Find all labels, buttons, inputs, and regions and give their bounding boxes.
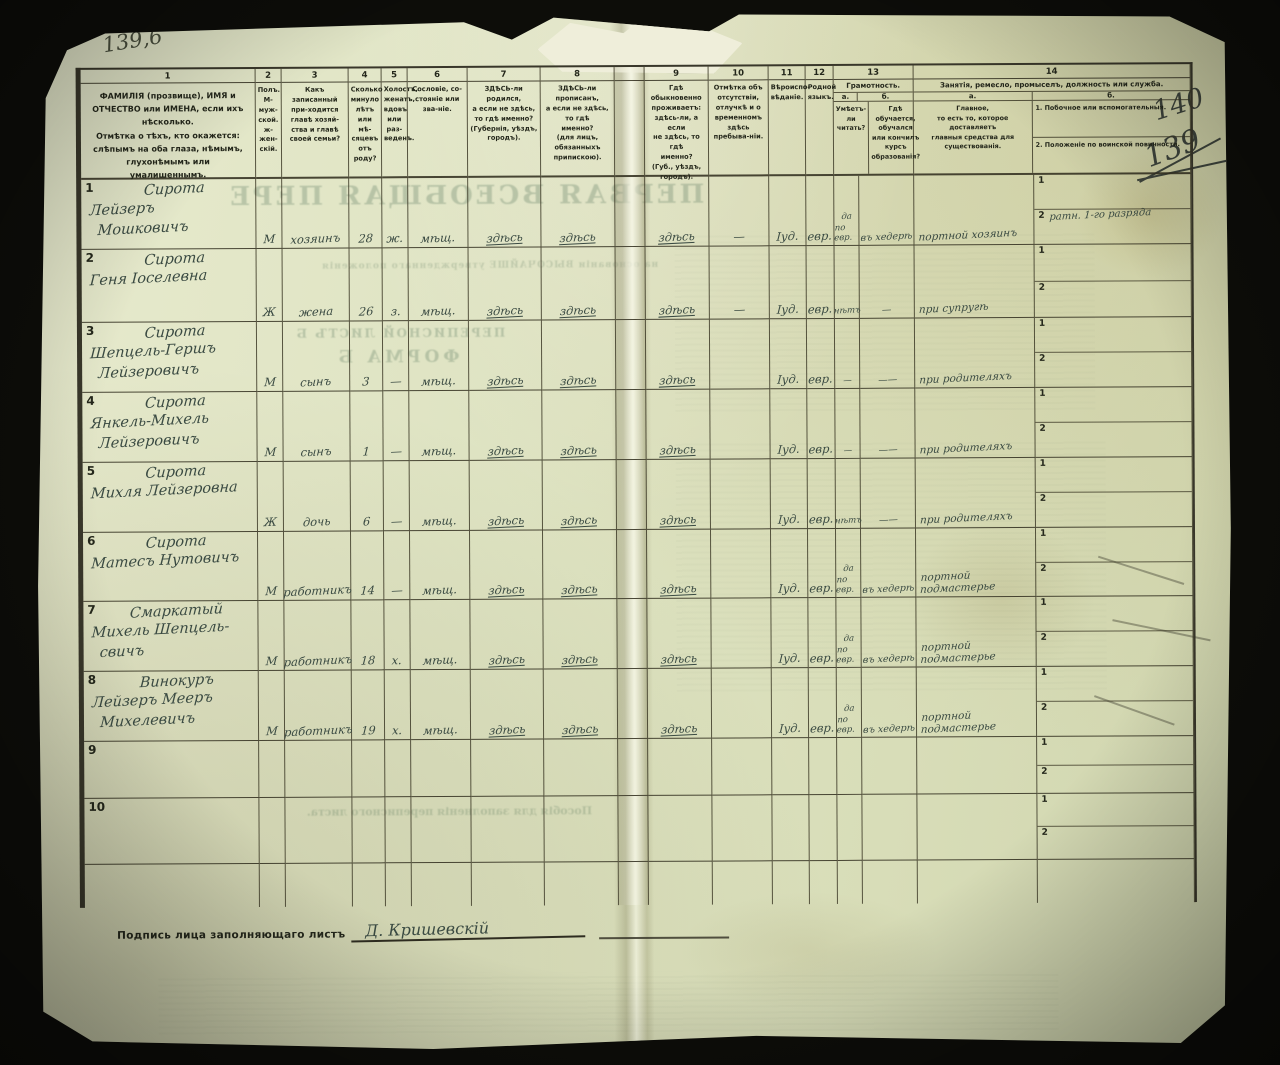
occupation-a-text: Главное, то есть то, которое доставляетъ… xyxy=(914,101,1033,174)
estate-value: мѣщ. xyxy=(421,303,457,319)
signature-label: Подпись лица заполняющаго листъ xyxy=(117,929,345,942)
language-cell: евр. xyxy=(808,529,836,598)
occupation-main-cell xyxy=(917,794,1037,861)
marital-value: — xyxy=(390,374,402,389)
relation-cell xyxy=(285,740,352,797)
name-line: Михелевичъ xyxy=(100,708,255,732)
language-cell: евр. xyxy=(808,459,836,529)
col-number-4: 4 xyxy=(349,68,382,82)
relation-cell: жена xyxy=(283,248,350,321)
sex-value: М xyxy=(265,584,278,599)
occupation-main-value: портной хозяинъ xyxy=(918,227,1017,244)
school-cell xyxy=(862,738,917,795)
printed-label-1: 1 xyxy=(1040,598,1046,608)
school-cell: —— xyxy=(860,319,915,389)
absence-cell xyxy=(710,389,770,459)
header-occupation-group: Занятія, ремесло, промыселъ, должность и… xyxy=(914,78,1191,175)
residence-cell: здѣсь xyxy=(646,390,710,460)
absence-cell xyxy=(711,598,771,668)
reads-cell: да по евр. xyxy=(834,176,859,246)
row-number: 7 xyxy=(87,603,95,617)
reads-value: да xyxy=(843,634,854,645)
relation-value: жена xyxy=(298,304,333,320)
religion-cell: Іуд. xyxy=(771,459,808,529)
school-cell: въ хедерѣ xyxy=(861,529,916,598)
signature-underline xyxy=(599,927,729,940)
printed-label-1: 1 xyxy=(1038,176,1044,186)
relation-value: хозяинъ xyxy=(290,230,341,246)
printed-label-2: 2 xyxy=(1039,424,1045,434)
col-number-8: 8 xyxy=(541,67,615,81)
school-cell: въ хедерѣ xyxy=(861,598,916,668)
language-cell xyxy=(809,738,837,795)
occupation-side-cell: 1 2 xyxy=(1037,736,1194,794)
age-cell: 28 xyxy=(349,178,382,248)
birthplace-cell: здѣсь xyxy=(471,669,544,739)
reads-cell: да по евр. xyxy=(836,598,861,668)
sex-value: М xyxy=(265,654,278,669)
occupation-side-cell: 1 2 xyxy=(1036,596,1193,667)
reads-value-2: по евр. xyxy=(836,714,861,736)
sex-cell: М xyxy=(258,532,284,601)
registration-value: здѣсь xyxy=(561,581,598,597)
school-cell: въ хедерѣ xyxy=(862,668,917,738)
language-value: евр. xyxy=(810,720,835,735)
occupation-main-cell: портной подмастерье xyxy=(916,528,1036,598)
birthplace-value: здѣсь xyxy=(486,230,523,246)
estate-value: мѣщ. xyxy=(422,652,458,668)
stub-cell xyxy=(85,864,260,908)
printed-label-1: 1 xyxy=(1039,319,1045,329)
reads-value: да xyxy=(843,704,854,715)
row-name-cell: 9 xyxy=(84,741,259,799)
stub-cell xyxy=(286,863,353,906)
age-value: 19 xyxy=(360,723,375,738)
relation-value: дочь xyxy=(303,514,331,529)
birthplace-cell: здѣсь xyxy=(469,247,542,320)
header-literacy-group: Грамотность. а. б. Умѣетъ-ли читать? Гдѣ… xyxy=(834,80,915,176)
absence-cell xyxy=(712,668,772,738)
name-line xyxy=(100,740,254,748)
printed-label-2: 2 xyxy=(1039,354,1045,364)
header-registration-column: ЗДѢСЬ-ли прописанъ, а если не здѣсь, то … xyxy=(541,81,616,177)
name-line: Мошковичъ xyxy=(97,216,252,240)
row-number: 6 xyxy=(87,534,95,548)
stub-cell xyxy=(918,860,1038,904)
birthplace-cell xyxy=(471,739,544,796)
language-cell: евр. xyxy=(808,598,836,668)
side-half-2: 2 xyxy=(1035,422,1191,457)
marital-value: ж. xyxy=(386,231,404,246)
reads-value-2: по евр. xyxy=(836,644,861,666)
census-table: 1 2 3 4 5 6 7 8 9 10 11 12 13 14 ФАМИЛІЯ… xyxy=(76,62,1197,908)
printed-label-2: 2 xyxy=(1041,633,1047,643)
religion-cell xyxy=(772,795,809,861)
occupation-b2-text: 2. Положеніе по воинской повинности. xyxy=(1033,137,1191,173)
side-value-2: ратн. 1-го разряда xyxy=(1049,207,1151,223)
reads-value-2: по евр. xyxy=(834,222,859,244)
religion-cell: Іуд. xyxy=(770,389,807,459)
age-cell: 19 xyxy=(352,670,385,740)
estate-cell: мѣщ. xyxy=(410,461,470,531)
residence-value: здѣсь xyxy=(659,442,696,458)
age-value: 28 xyxy=(358,231,373,246)
marital-cell: х. xyxy=(385,670,411,740)
occupation-side-cell: 1 2 xyxy=(1037,793,1194,860)
registration-cell: здѣсь xyxy=(543,530,617,599)
fold-gap xyxy=(617,460,647,530)
residence-cell: здѣсь xyxy=(647,460,711,530)
fold-gap xyxy=(617,530,647,599)
col-number-6: 6 xyxy=(408,68,468,82)
language-cell: евр. xyxy=(807,389,835,459)
col-number-9: 9 xyxy=(645,67,709,81)
col-number-1: 1 xyxy=(81,69,256,84)
fold-gap xyxy=(615,177,645,247)
header-birthplace-column: ЗДѢСЬ-ли родился, а если не здѣсь, то гд… xyxy=(468,81,542,177)
col-number-11: 11 xyxy=(769,66,806,80)
registration-value: здѣсь xyxy=(559,229,596,245)
age-cell xyxy=(352,797,385,863)
sex-value: Ж xyxy=(264,515,278,530)
sex-cell: Ж xyxy=(257,249,283,322)
side-half-1: 1 xyxy=(1036,596,1192,632)
marital-cell: — xyxy=(384,531,410,600)
row-name-cell: 7 Смаркатый Михель Шепцель- свичъ xyxy=(83,601,258,672)
row-name-cell: 1 Сирота Лейзеръ Мошковичъ xyxy=(81,179,256,250)
row-name-cell: 8 Винокуръ Лейзеръ Мееръ Михелевичъ xyxy=(84,671,259,742)
birthplace-value: здѣсь xyxy=(487,443,524,459)
row-number: 1 xyxy=(85,181,93,195)
age-value: 26 xyxy=(358,304,373,319)
stub-cell xyxy=(386,863,412,906)
reads-value: да xyxy=(841,212,852,223)
marital-cell: х. xyxy=(384,600,410,670)
signature-row: Подпись лица заполняющаго листъ Д. Крише… xyxy=(117,918,729,942)
religion-cell: Іуд. xyxy=(770,246,807,319)
name-line xyxy=(100,797,254,805)
estate-cell: мѣщ. xyxy=(409,248,469,321)
birthplace-cell: здѣсь xyxy=(470,530,543,599)
header-relation-column: Какъ записанный при-ходится главѣ хозяй-… xyxy=(282,82,350,178)
sex-cell: М xyxy=(258,601,284,671)
col-number-2: 2 xyxy=(256,69,282,83)
religion-cell: Іуд. xyxy=(772,668,809,738)
sex-value: М xyxy=(265,724,278,739)
sex-value: М xyxy=(263,232,276,247)
absence-value: — xyxy=(733,302,745,317)
stub-cell xyxy=(863,861,918,904)
occupation-b-text: 1. Побочное или вспомогательныя. 2. Поло… xyxy=(1032,100,1190,173)
bleedthrough-smudge xyxy=(158,970,1058,1035)
reads-cell xyxy=(837,795,862,861)
reads-cell: да по евр. xyxy=(836,529,861,598)
language-value: евр. xyxy=(809,511,834,526)
fold-gap xyxy=(616,390,646,460)
birthplace-cell: здѣсь xyxy=(470,599,543,669)
stub-cell xyxy=(773,861,810,904)
reads-cell: нѣтъ xyxy=(836,459,861,529)
religion-value: Іуд. xyxy=(776,302,799,317)
sex-cell: М xyxy=(259,671,285,741)
registration-value: здѣсь xyxy=(560,372,597,388)
residence-cell xyxy=(648,796,712,862)
printed-label-2: 2 xyxy=(1040,494,1046,504)
birthplace-value: здѣсь xyxy=(488,722,525,738)
relation-cell: сынъ xyxy=(283,321,350,391)
side-half-2: 2 xyxy=(1036,562,1192,596)
literacy-a-label: а. xyxy=(834,93,859,101)
relation-value: сынъ xyxy=(301,444,333,460)
estate-value: мѣщ. xyxy=(420,230,456,246)
marital-cell: — xyxy=(384,461,410,531)
stub-cell xyxy=(472,862,545,905)
language-cell: евр. xyxy=(807,246,835,319)
absence-cell xyxy=(712,795,772,861)
side-half-2: 2 xyxy=(1038,826,1194,859)
occupation-main-cell: портной хозяинъ xyxy=(914,175,1034,246)
relation-cell: работникъ xyxy=(285,670,352,740)
marital-cell: з. xyxy=(383,248,409,321)
age-value: 6 xyxy=(363,514,371,528)
occupation-b1-text: 1. Побочное или вспомогательныя. xyxy=(1032,100,1190,137)
reads-cell: да по евр. xyxy=(837,668,862,738)
estate-cell: мѣщ. xyxy=(410,531,470,600)
side-half-2: 2 xyxy=(1037,701,1193,736)
reads-value: нѣтъ xyxy=(834,515,861,527)
row-number: 5 xyxy=(87,464,95,478)
occupation-main-value: при родителяхъ xyxy=(919,440,1012,457)
registration-cell: здѣсь xyxy=(544,669,618,739)
birthplace-value: здѣсь xyxy=(486,303,523,319)
row-number: 2 xyxy=(86,251,94,265)
registration-value: здѣсь xyxy=(561,512,598,528)
sex-value: М xyxy=(263,375,276,390)
age-value: 3 xyxy=(362,374,370,388)
occupation-side-cell: 1 2 ратн. 1-го разряда xyxy=(1034,174,1191,245)
stub-cell xyxy=(260,864,286,907)
col-number-3: 3 xyxy=(282,68,349,82)
language-value: евр. xyxy=(809,580,834,595)
stub-cell xyxy=(1038,859,1195,903)
age-cell: 18 xyxy=(351,600,384,670)
religion-value: Іуд. xyxy=(778,651,801,666)
birthplace-value: здѣсь xyxy=(487,373,524,389)
name-line: Лейзеровичъ xyxy=(98,429,253,453)
col-number-13: 13 xyxy=(834,66,914,80)
reads-cell: нѣтъ xyxy=(835,246,860,319)
printed-label-2: 2 xyxy=(1038,211,1044,221)
side-half-1: 1 xyxy=(1036,527,1192,562)
fold-gap xyxy=(618,669,648,739)
name-line xyxy=(100,744,254,752)
absence-cell xyxy=(712,738,772,795)
registration-value: здѣсь xyxy=(560,302,597,318)
side-half-1: 1 xyxy=(1035,387,1191,423)
col-number-12: 12 xyxy=(806,66,834,80)
printed-label-2: 2 xyxy=(1041,703,1047,713)
registration-cell: здѣсь xyxy=(541,177,615,247)
name-line: Лейзеровичъ xyxy=(98,359,253,383)
residence-value: здѣсь xyxy=(659,372,696,388)
occupation-main-cell: при родителяхъ xyxy=(915,318,1035,389)
header-estate-column: Сословіе, со-стояніе или зва-ніе. xyxy=(408,82,469,178)
header-marital-column: Холостъ, женатъ, вдовъ или раз-веденъ. xyxy=(382,82,409,178)
marital-cell: — xyxy=(383,391,409,461)
reads-value: да xyxy=(843,564,854,575)
residence-cell: здѣсь xyxy=(646,247,710,320)
residence-value: здѣсь xyxy=(659,302,696,318)
estate-value: мѣщ. xyxy=(421,443,457,459)
estate-cell: мѣщ. xyxy=(410,600,470,670)
occupation-main-value: при родителяхъ xyxy=(919,370,1012,387)
col-number-7: 7 xyxy=(468,67,541,81)
school-value: — xyxy=(882,304,892,316)
age-value: 18 xyxy=(360,653,375,668)
printed-label-2: 2 xyxy=(1039,282,1045,292)
marital-value: х. xyxy=(392,653,403,668)
stub-cell xyxy=(649,862,713,905)
absence-cell xyxy=(710,319,770,389)
registration-value: здѣсь xyxy=(560,442,597,458)
side-half-1: 1 xyxy=(1036,457,1192,493)
fold-gap xyxy=(618,796,648,862)
estate-value: мѣщ. xyxy=(423,722,459,738)
sex-cell: Ж xyxy=(258,462,284,532)
printed-label-1: 1 xyxy=(1039,246,1045,256)
language-value: евр. xyxy=(808,371,833,386)
relation-cell: работникъ xyxy=(284,600,351,670)
reads-cell xyxy=(837,738,862,795)
header-sex-column: Полъ. М-муж-ской. ж-жен-скій. xyxy=(256,83,283,179)
age-cell: 3 xyxy=(350,321,383,391)
occupation-side-cell: 1 2 xyxy=(1035,244,1192,318)
header-language-column: Родной языкъ. xyxy=(806,80,835,176)
row-number: 10 xyxy=(88,800,105,814)
age-value: 1 xyxy=(363,444,371,458)
residence-value: здѣсь xyxy=(660,581,697,597)
age-value: 14 xyxy=(360,583,375,598)
side-half-1: 1 xyxy=(1035,244,1191,281)
estate-value: мѣщ. xyxy=(422,513,458,529)
school-value: —— xyxy=(877,374,897,386)
language-value: евр. xyxy=(808,441,833,456)
paper-stain xyxy=(678,890,939,1011)
religion-cell: Іуд. xyxy=(771,598,808,668)
residence-value: здѣсь xyxy=(660,512,697,528)
registration-cell: здѣсь xyxy=(543,599,617,669)
reads-cell: — xyxy=(835,319,860,389)
birthplace-cell: здѣсь xyxy=(469,390,542,460)
stub-cell xyxy=(412,863,472,906)
absence-value: — xyxy=(733,229,745,244)
printed-label-2: 2 xyxy=(1042,828,1048,838)
religion-value: Іуд. xyxy=(777,512,800,527)
row-name-cell: 4 Сирота Янкель-Михель Лейзеровичъ xyxy=(82,392,257,463)
stub-cell xyxy=(545,862,619,905)
birthplace-value: здѣсь xyxy=(488,652,525,668)
side-half-1: 1 xyxy=(1035,317,1191,353)
religion-value: Іуд. xyxy=(778,581,801,596)
side-half-2: 2 xyxy=(1035,281,1191,317)
fold-gap xyxy=(619,862,649,905)
language-cell: евр. xyxy=(806,176,834,246)
language-cell xyxy=(809,795,837,861)
folio-number-topleft: 139,6 xyxy=(101,24,164,57)
relation-cell xyxy=(285,797,352,863)
printed-label-1: 1 xyxy=(1040,529,1046,539)
marital-value: х. xyxy=(392,723,403,738)
occupation-side-cell: 1 2 xyxy=(1035,387,1192,458)
header-name-column: ФАМИЛІЯ (прозвище), ИМЯ и ОТЧЕСТВО или И… xyxy=(81,83,257,180)
religion-value: Іуд. xyxy=(777,442,800,457)
row-name-cell: 10 xyxy=(84,798,259,865)
age-cell: 26 xyxy=(350,248,383,321)
religion-cell: Іуд. xyxy=(769,176,806,246)
signature-handwriting: Д. Кришевскій xyxy=(351,916,585,942)
printed-label-2: 2 xyxy=(1040,563,1046,573)
side-half-2: 2 xyxy=(1035,352,1191,387)
birthplace-cell: здѣсь xyxy=(469,320,542,390)
absence-cell xyxy=(711,459,771,529)
marital-value: — xyxy=(391,583,403,598)
registration-cell: здѣсь xyxy=(542,247,616,320)
residence-value: здѣсь xyxy=(658,229,695,245)
school-value: въ хедерѣ xyxy=(860,230,913,244)
language-value: евр. xyxy=(808,301,833,316)
row-number: 8 xyxy=(88,673,96,687)
estate-value: мѣщ. xyxy=(421,373,457,389)
school-cell: —— xyxy=(860,389,915,459)
birthplace-value: здѣсь xyxy=(487,513,524,529)
age-cell xyxy=(352,740,385,797)
side-half-2: 2 ратн. 1-го разряда xyxy=(1034,209,1190,244)
registration-value: здѣсь xyxy=(562,651,599,667)
school-value: въ хедерѣ xyxy=(863,722,916,736)
row-name-cell: 6 Сирота Матесъ Нутовичъ xyxy=(83,532,258,602)
religion-value: Іуд. xyxy=(776,229,799,244)
occupation-main-cell: портной подмастерье xyxy=(916,597,1036,668)
col-number-14: 14 xyxy=(914,64,1191,79)
relation-value: работникъ xyxy=(283,722,352,739)
name-line xyxy=(92,741,254,749)
occupation-side-cell: 1 2 xyxy=(1036,527,1193,597)
printed-label-1: 1 xyxy=(1041,668,1047,678)
name-line: свичъ xyxy=(99,638,254,662)
residence-cell: здѣсь xyxy=(648,669,712,739)
occupation-main-cell: при супругѣ xyxy=(915,245,1035,319)
estate-cell xyxy=(411,740,471,797)
marital-cell: — xyxy=(383,321,409,391)
age-cell: 14 xyxy=(351,531,384,600)
reads-value-2: по евр. xyxy=(836,574,861,596)
school-cell: —— xyxy=(861,459,916,529)
header-religion-column: Вѣроиспо-вѣданіе. xyxy=(769,80,807,176)
literacy-a-text: Умѣетъ-ли читать? xyxy=(834,102,870,174)
photo-background: { "marginalia": { "folio_top_left": "139… xyxy=(0,0,1280,1065)
absence-cell xyxy=(711,529,771,598)
residence-cell: здѣсь xyxy=(645,177,709,247)
relation-cell: сынъ xyxy=(283,391,350,461)
occupation-main-cell: при родителяхъ xyxy=(916,458,1036,529)
printed-label-1: 1 xyxy=(1041,738,1047,748)
census-sheet: ПЕРВАЯ ВСЕОБЩАЯ ПЕРЕ на основаніи ВЫСОЧА… xyxy=(33,9,1234,1053)
printed-label-2: 2 xyxy=(1041,766,1047,776)
occupation-main-cell: портной подмастерье xyxy=(917,667,1037,738)
registration-value: здѣсь xyxy=(562,721,599,737)
fold-gap xyxy=(615,67,645,81)
marital-cell: ж. xyxy=(382,178,408,248)
